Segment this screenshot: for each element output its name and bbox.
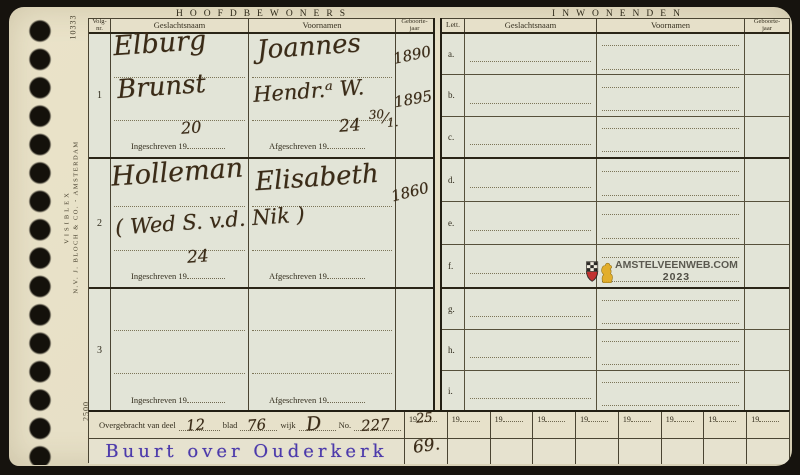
no-label: No. (339, 420, 352, 430)
birthyear-field (745, 117, 789, 157)
year-label: 19 (708, 415, 716, 424)
geboortejaar-line2: jaar (410, 26, 420, 33)
afgeschreven-footer: Afgeschreven 19 (249, 395, 395, 405)
date-month: 1. (386, 115, 398, 130)
dotted-line (187, 395, 225, 403)
afgeschreven-footer: Afgeschreven 19 (249, 141, 395, 151)
ingeschreven-label: Ingeschreven 19 (131, 271, 187, 281)
year-cell: 19 (618, 412, 661, 438)
dotted-line (759, 415, 779, 422)
surname-handwriting: Brunst (116, 71, 206, 103)
punch-holes (27, 17, 53, 465)
transfer-strip: Overgebracht van deel 12 blad 76 wijk D … (88, 410, 790, 463)
empty-cell: 69. (404, 439, 447, 464)
register-row-1: 1 Ingeschreven 19 Afgeschreven 19 Elburg… (89, 34, 433, 159)
year-label: 19 (623, 415, 631, 424)
birthyear-field (745, 159, 789, 201)
write-line (252, 250, 392, 251)
dotted-line (716, 415, 736, 422)
surname-field (465, 202, 597, 244)
inwonenden-body: Lett. Geslachtsnaam Voornamen Geboorte- … (442, 18, 790, 410)
year-cell: 1925 (404, 412, 447, 438)
no-handwriting: 227 (361, 417, 391, 434)
year-label: 19 (537, 415, 545, 424)
write-line (252, 330, 392, 331)
firstnames-cell: Afgeschreven 19 (249, 289, 396, 411)
empty-cell (490, 439, 533, 464)
column-header-voornamen: Voornamen (597, 19, 745, 32)
birthyear-cell (396, 289, 433, 411)
dotted-line (187, 271, 225, 279)
birthyear-field (745, 289, 789, 329)
afgeschreven-footer: Afgeschreven 19 (249, 271, 395, 281)
blad-handwriting: 76 (247, 417, 267, 433)
register-row-2: 2 Ingeschreven 19 Afgeschreven 19 Hollem… (89, 159, 433, 289)
dotted-line (503, 415, 523, 422)
firstnames-field (597, 330, 745, 370)
column-header-lett: Lett. (442, 19, 465, 32)
surname-field (465, 159, 597, 201)
deel-handwriting: 12 (185, 417, 205, 433)
column-header-geboortejaar: Geboorte- jaar (396, 19, 433, 32)
afgeschreven-label: Afgeschreven 19 (269, 271, 327, 281)
year-cell: 19 (575, 412, 618, 438)
write-line (114, 330, 245, 331)
inwonenden-title: INWONENDEN (442, 10, 790, 18)
surname-field (465, 289, 597, 329)
stock-number-top: 10333 (69, 15, 78, 40)
year-label: 19 (495, 415, 503, 424)
firstnames-handwriting: Joannes (256, 30, 361, 63)
surname-field (465, 34, 597, 74)
empty-cell (532, 439, 575, 464)
brand-company: N.V. J. BLOCH & CO. - AMSTERDAM (72, 140, 81, 293)
transfer-row: Overgebracht van deel 12 blad 76 wijk D … (89, 412, 789, 439)
resident-row-a: a. (442, 34, 789, 74)
letter-label: h. (442, 330, 465, 370)
year-label: 19 (580, 415, 588, 424)
stamp-row: Buurt over Ouderkerk 69. (89, 439, 789, 464)
ingeschreven-label: Ingeschreven 19 (131, 395, 187, 405)
section-divider (433, 18, 442, 410)
geslachtsnaam-label: Geslachtsnaam (505, 22, 556, 29)
year-cell: 19 (532, 412, 575, 438)
hoofdbewoners-title: HOOFDBEWONERS (88, 10, 433, 18)
buurt-stamp: Buurt over Ouderkerk (105, 441, 387, 462)
column-header-geboortejaar: Geboorte- jaar (745, 19, 789, 32)
ingeschreven-footer: Ingeschreven 19 (111, 141, 248, 151)
surname-field (465, 330, 597, 370)
letter-label: b. (442, 75, 465, 115)
empty-cell (447, 439, 490, 464)
birthyear-cell (396, 159, 433, 287)
register-row-3: 3 Ingeschreven 19 Afgeschreven 19 (89, 289, 433, 411)
dotted-line (327, 141, 365, 149)
surname-cell: Ingeschreven 19 (111, 289, 249, 411)
surname-field (465, 117, 597, 157)
year-label: 19 (452, 415, 460, 424)
dotted-line (327, 395, 365, 403)
ingeschreven-footer: Ingeschreven 19 (111, 395, 248, 405)
printer-imprint: VISIBLEX N.V. J. BLOCH & CO. - AMSTERDAM (64, 140, 81, 293)
empty-cell (661, 439, 704, 464)
resident-group-3: g. h. i. (442, 289, 789, 411)
birthyear-field (745, 34, 789, 74)
dotted-line (327, 271, 365, 279)
afgeschreven-label: Afgeschreven 19 (269, 395, 327, 405)
column-headers: Lett. Geslachtsnaam Voornamen Geboorte- … (442, 19, 789, 34)
empty-cells: 69. (404, 439, 789, 464)
transfer-origin: Overgebracht van deel 12 blad 76 wijk D … (89, 412, 404, 438)
resident-row-h: h. (442, 329, 789, 370)
ingeschreven-label: Ingeschreven 19 (131, 141, 187, 151)
birthyear-field (745, 245, 789, 287)
year-cell: 19 (447, 412, 490, 438)
year-label: 19 (751, 415, 759, 424)
dotted-line (545, 415, 565, 422)
resident-row-e: e. (442, 201, 789, 244)
afgeschreven-year-handwriting: 24 (338, 117, 361, 135)
brand-name: VISIBLEX (64, 140, 73, 293)
dotted-line (631, 415, 651, 422)
register-card: 10333 VISIBLEX N.V. J. BLOCH & CO. - AMS… (9, 7, 792, 466)
year-value-handwriting: 25 (416, 411, 433, 425)
afgeschreven-label: Afgeschreven 19 (269, 141, 327, 151)
watermark: AMSTELVEENWEB.COM 2023 (585, 259, 747, 288)
stamp-zone: Buurt over Ouderkerk (89, 439, 404, 464)
birthyear-field (745, 371, 789, 411)
firstnames-field (597, 289, 745, 329)
resident-row-g: g. (442, 289, 789, 329)
ingeschreven-year-handwriting: 24 (186, 248, 209, 266)
voornamen-label: Voornamen (302, 22, 341, 29)
wijk-slot: D (299, 420, 336, 431)
letter-label: c. (442, 117, 465, 157)
dotted-line (674, 415, 694, 422)
wijk-label: wijk (280, 420, 295, 430)
firstnames-field (597, 371, 745, 411)
ingeschreven-year-handwriting: 20 (180, 119, 201, 136)
dotted-line (187, 141, 225, 149)
row-number: 2 (89, 159, 111, 287)
watermark-text: AMSTELVEENWEB.COM 2023 (615, 259, 738, 283)
firstnames-field (597, 75, 745, 115)
year-label: 19 (666, 415, 674, 424)
row-number: 3 (89, 289, 111, 411)
letter-label: g. (442, 289, 465, 329)
year-cell: 19 (746, 412, 789, 438)
empty-cell (575, 439, 618, 464)
surname-field (465, 245, 597, 287)
empty-cell (746, 439, 789, 464)
empty-cell (703, 439, 746, 464)
amstelveen-coat-of-arms-icon (585, 258, 615, 288)
firstnames-field (597, 202, 745, 244)
write-line (114, 250, 245, 251)
empty-cell (618, 439, 661, 464)
hoofdbewoners-body: Volg- nr. Geslachtsnaam Voornamen Geboor… (88, 18, 433, 410)
overgebracht-label: Overgebracht van deel (99, 420, 176, 430)
blad-slot: 76 (240, 420, 277, 431)
column-header-volgnr: Volg- nr. (89, 19, 111, 32)
resident-row-c: c. (442, 116, 789, 157)
year-cell: 19 (703, 412, 746, 438)
surname-handwriting: Elburg (112, 27, 207, 60)
lett-label: Lett. (446, 22, 460, 29)
watermark-site: AMSTELVEENWEB.COM (615, 259, 738, 271)
letter-label: f. (442, 245, 465, 287)
write-line (114, 373, 245, 374)
write-line (252, 373, 392, 374)
resident-row-d: d. (442, 159, 789, 201)
geboortejaar-line2: jaar (762, 26, 772, 33)
surname-field (465, 371, 597, 411)
birthyear-field (745, 75, 789, 115)
dotted-line (588, 415, 608, 422)
year-cell: 19 (490, 412, 533, 438)
firstnames-field (597, 159, 745, 201)
wijk-handwriting: D (305, 414, 322, 434)
year-cell: 19 (661, 412, 704, 438)
watermark-year: 2023 (615, 271, 738, 283)
letter-label: i. (442, 371, 465, 411)
date-day: 30 (368, 107, 384, 122)
inwonenden-table: INWONENDEN Lett. Geslachtsnaam Voornamen… (442, 10, 790, 410)
column-header-geslachtsnaam: Geslachtsnaam (465, 19, 597, 32)
dotted-line (460, 415, 480, 422)
letter-label: e. (442, 202, 465, 244)
note-handwriting: 69. (412, 436, 441, 457)
afgeschreven-date-handwriting: 30⁄1. (368, 107, 398, 130)
resident-row-i: i. (442, 370, 789, 411)
volgnr-line2: nr. (96, 26, 103, 33)
row-number: 1 (89, 34, 111, 157)
resident-group-1: a. b. c. (442, 34, 789, 159)
ingeschreven-footer: Ingeschreven 19 (111, 271, 248, 281)
resident-row-b: b. (442, 74, 789, 115)
birthyear-field (745, 330, 789, 370)
birthyear-field (745, 202, 789, 244)
blad-label: blad (223, 420, 238, 430)
no-slot: 227 (354, 420, 401, 431)
voornamen-label: Voornamen (651, 22, 690, 29)
hoofdbewoners-table: HOOFDBEWONERS Volg- nr. Geslachtsnaam Vo… (88, 10, 433, 410)
firstnames-field (597, 117, 745, 157)
firstnames-field (597, 34, 745, 74)
year-cells: 1925 19 19 19 19 19 19 19 19 (404, 412, 789, 438)
letter-label: d. (442, 159, 465, 201)
deel-slot: 12 (179, 420, 220, 431)
letter-label: a. (442, 34, 465, 74)
surname-field (465, 75, 597, 115)
